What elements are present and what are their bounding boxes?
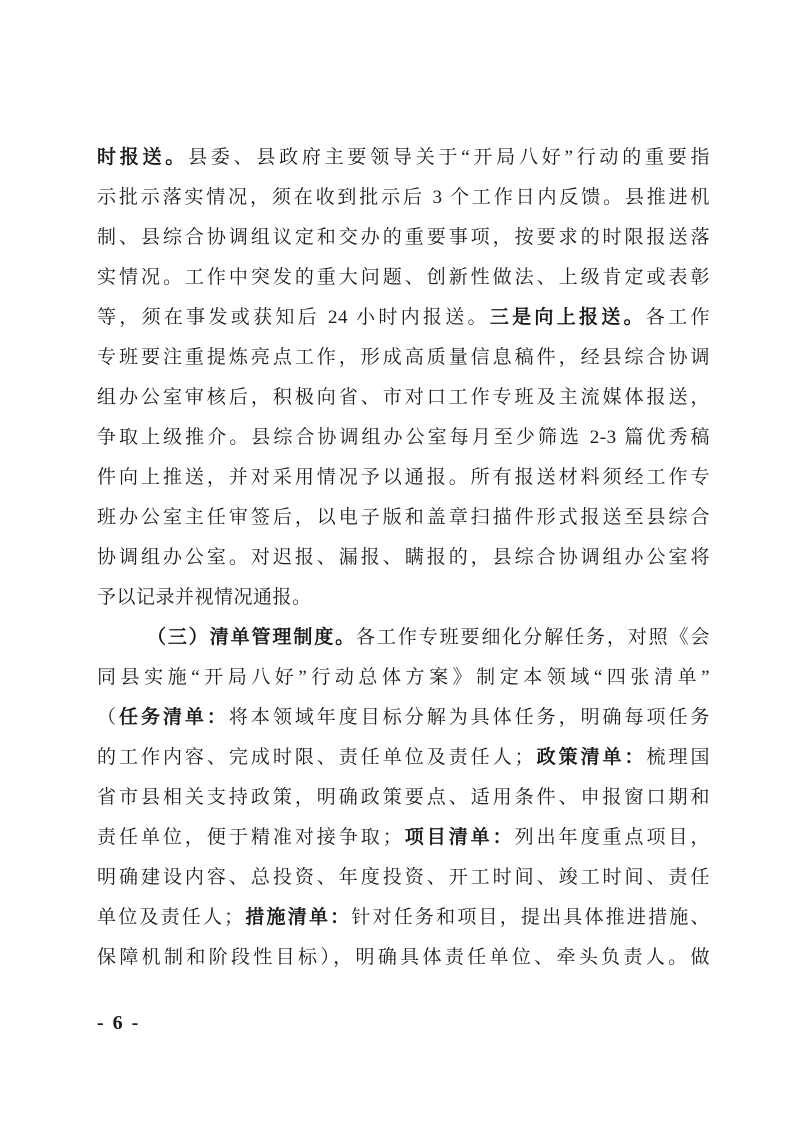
text-line: 等，须在事发或获知后 24 小时内报送。三是向上报送。各工作 — [97, 298, 710, 338]
text-segment: 梳理国 — [647, 747, 710, 768]
text-segment: 县委、县政府主要领导关于“开局八好”行动的重要指 — [188, 147, 710, 168]
text-segment: 列出年度重点项目， — [515, 827, 710, 848]
text-line: 保障机制和阶段性目标），明确具体责任单位、牵头负责人。做 — [97, 938, 710, 978]
page-number: - 6 - — [97, 1003, 140, 1043]
text-segment: 制、县综合协调组议定和交办的重要事项，按要求的时限报送落 — [97, 227, 710, 248]
text-line: 同县实施“开局八好”行动总体方案》制定本领域“四张清单” — [97, 658, 710, 698]
text-line: 明确建设内容、总投资、年度投资、开工时间、竣工时间、责任 — [97, 858, 710, 898]
text-segment: 同县实施“开局八好”行动总体方案》制定本领域“四张清单” — [97, 667, 710, 688]
text-segment: 等，须在事发或获知后 24 小时内报送。 — [97, 307, 490, 328]
text-segment: 省市县相关支持政策，明确政策要点、适用条件、申报窗口期和 — [97, 787, 710, 808]
text-line: （三）清单管理制度。各工作专班要细化分解任务，对照《会 — [97, 618, 710, 658]
document-lines: 时报送。县委、县政府主要领导关于“开局八好”行动的重要指示批示落实情况，须在收到… — [97, 138, 710, 978]
text-segment: 责任单位，便于精准对接争取； — [97, 827, 402, 848]
text-line: 省市县相关支持政策，明确政策要点、适用条件、申报窗口期和 — [97, 778, 710, 818]
emphasis-segment: （三）清单管理制度。 — [147, 627, 356, 648]
text-line: 时报送。县委、县政府主要领导关于“开局八好”行动的重要指 — [97, 138, 710, 178]
emphasis-segment: 三是向上报送。 — [490, 307, 646, 328]
text-segment: 专班要注重提炼亮点工作，形成高质量信息稿件，经县综合协调 — [97, 347, 710, 368]
text-segment: 保障机制和阶段性目标），明确具体责任单位、牵头负责人。做 — [97, 947, 710, 968]
emphasis-segment: 任务清单： — [119, 707, 229, 728]
text-segment: 争取上级推介。县综合协调组办公室每月至少筛选 2-3 篇优秀稿 — [97, 427, 710, 448]
emphasis-segment: 项目清单： — [402, 827, 514, 848]
text-segment: 将本领域年度目标分解为具体任务，明确每项任务 — [229, 707, 710, 728]
text-line: 争取上级推介。县综合协调组办公室每月至少筛选 2-3 篇优秀稿 — [97, 418, 710, 458]
text-line: 责任单位，便于精准对接争取；项目清单：列出年度重点项目， — [97, 818, 710, 858]
text-segment: 件向上推送，并对采用情况予以通报。所有报送材料须经工作专 — [97, 467, 710, 488]
text-segment: 的工作内容、完成时限、责任单位及责任人； — [97, 747, 534, 768]
text-segment: （ — [97, 707, 119, 728]
text-line: 示批示落实情况，须在收到批示后 3 个工作日内反馈。县推进机 — [97, 178, 710, 218]
text-line: 予以记录并视情况通报。 — [97, 578, 710, 618]
text-segment: 明确建设内容、总投资、年度投资、开工时间、竣工时间、责任 — [97, 867, 710, 888]
text-line: 件向上推送，并对采用情况予以通报。所有报送材料须经工作专 — [97, 458, 710, 498]
text-line: 专班要注重提炼亮点工作，形成高质量信息稿件，经县综合协调 — [97, 338, 710, 378]
text-segment: 针对任务和项目，提出具体推进措施、 — [351, 907, 710, 928]
text-segment: 单位及责任人； — [97, 907, 244, 928]
emphasis-segment: 政策清单： — [534, 747, 646, 768]
text-segment: 班办公室主任审签后，以电子版和盖章扫描件形式报送至县综合 — [97, 507, 710, 528]
text-segment: 示批示落实情况，须在收到批示后 3 个工作日内反馈。县推进机 — [97, 187, 710, 208]
emphasis-segment: 时报送。 — [97, 147, 188, 168]
text-line: 班办公室主任审签后，以电子版和盖章扫描件形式报送至县综合 — [97, 498, 710, 538]
text-line: 制、县综合协调组议定和交办的重要事项，按要求的时限报送落 — [97, 218, 710, 258]
emphasis-segment: 措施清单： — [244, 907, 352, 928]
text-segment: 各工作 — [646, 307, 710, 328]
text-segment: 协调组办公室。对迟报、漏报、瞒报的，县综合协调组办公室将 — [97, 547, 710, 568]
document-page: 时报送。县委、县政府主要领导关于“开局八好”行动的重要指示批示落实情况，须在收到… — [0, 0, 793, 1122]
text-line: 的工作内容、完成时限、责任单位及责任人；政策清单：梳理国 — [97, 738, 710, 778]
text-line: 单位及责任人；措施清单：针对任务和项目，提出具体推进措施、 — [97, 898, 710, 938]
text-segment: 各工作专班要细化分解任务，对照《会 — [356, 627, 710, 648]
text-line: 组办公室审核后，积极向省、市对口工作专班及主流媒体报送， — [97, 378, 710, 418]
text-segment: 予以记录并视情况通报。 — [97, 587, 312, 608]
text-line: 实情况。工作中突发的重大问题、创新性做法、上级肯定或表彰 — [97, 258, 710, 298]
text-segment: 组办公室审核后，积极向省、市对口工作专班及主流媒体报送， — [97, 387, 710, 408]
text-line: （任务清单：将本领域年度目标分解为具体任务，明确每项任务 — [97, 698, 710, 738]
text-line: 协调组办公室。对迟报、漏报、瞒报的，县综合协调组办公室将 — [97, 538, 710, 578]
text-segment: 实情况。工作中突发的重大问题、创新性做法、上级肯定或表彰 — [97, 267, 710, 288]
